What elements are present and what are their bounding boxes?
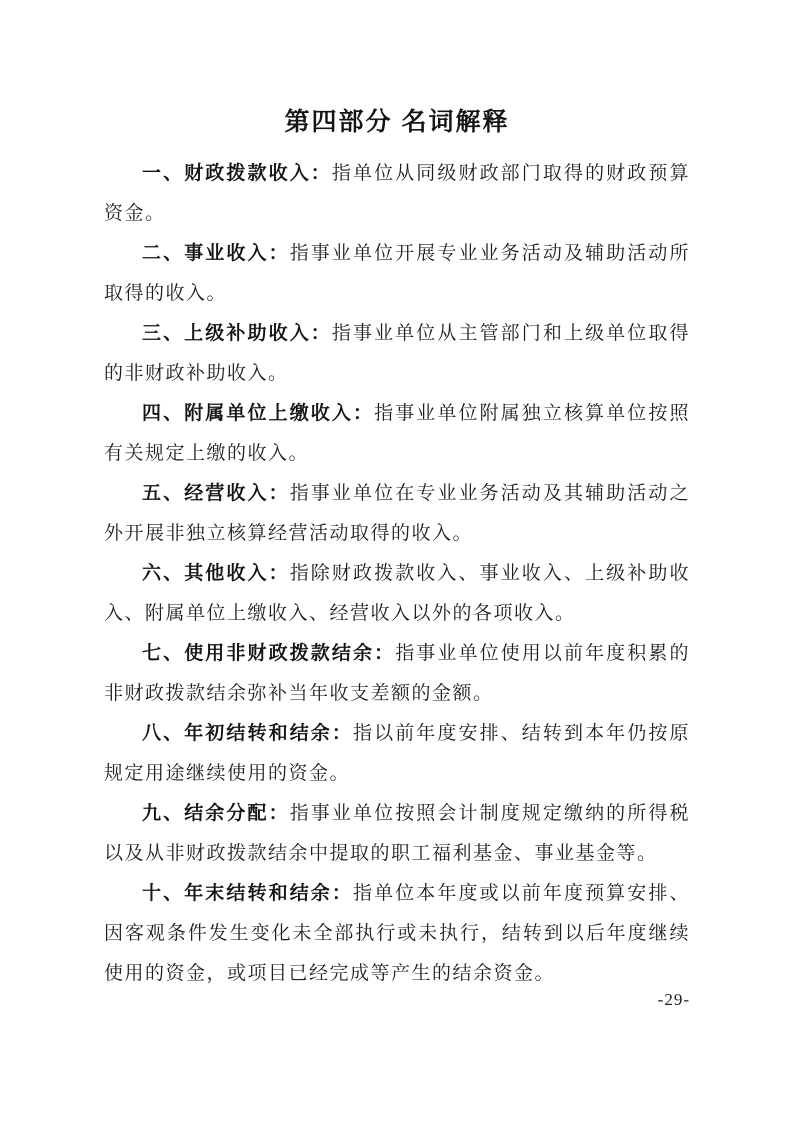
glossary-term: 六、其他收入： xyxy=(142,563,290,584)
glossary-term: 八、年初结转和结余： xyxy=(142,723,353,744)
glossary-term: 十、年末结转和结余： xyxy=(142,883,353,904)
glossary-term: 三、上级补助收入： xyxy=(142,323,332,344)
glossary-entry: 七、使用非财政拨款结余：指事业单位使用以前年度积累的非财政拨款结余弥补当年收支差… xyxy=(104,634,690,714)
glossary-entry: 二、事业收入：指事业单位开展专业业务活动及辅助活动所取得的收入。 xyxy=(104,234,690,314)
glossary-entry: 六、其他收入：指除财政拨款收入、事业收入、上级补助收入、附属单位上缴收入、经营收… xyxy=(104,554,690,634)
glossary-term: 一、财政拨款收入： xyxy=(142,163,332,184)
glossary-term: 二、事业收入： xyxy=(142,243,290,264)
document-body: 第四部分 名词解释 一、财政拨款收入：指单位从同级财政部门取得的财政预算资金。 … xyxy=(104,104,690,994)
glossary-term: 五、经营收入： xyxy=(142,483,290,504)
glossary-list: 一、财政拨款收入：指单位从同级财政部门取得的财政预算资金。 二、事业收入：指事业… xyxy=(104,154,690,994)
glossary-entry: 三、上级补助收入：指事业单位从主管部门和上级单位取得的非财政补助收入。 xyxy=(104,314,690,394)
document-page: 第四部分 名词解释 一、财政拨款收入：指单位从同级财政部门取得的财政预算资金。 … xyxy=(0,0,793,1122)
glossary-entry: 十、年末结转和结余：指单位本年度或以前年度预算安排、因客观条件发生变化未全部执行… xyxy=(104,874,690,994)
glossary-term: 七、使用非财政拨款结余： xyxy=(142,643,395,664)
glossary-entry: 八、年初结转和结余：指以前年度安排、结转到本年仍按原规定用途继续使用的资金。 xyxy=(104,714,690,794)
glossary-entry: 九、结余分配：指事业单位按照会计制度规定缴纳的所得税以及从非财政拨款结余中提取的… xyxy=(104,794,690,874)
glossary-term: 九、结余分配： xyxy=(142,803,290,824)
page-title: 第四部分 名词解释 xyxy=(104,104,690,140)
glossary-entry: 五、经营收入：指事业单位在专业业务活动及其辅助活动之外开展非独立核算经营活动取得… xyxy=(104,474,690,554)
glossary-entry: 一、财政拨款收入：指单位从同级财政部门取得的财政预算资金。 xyxy=(104,154,690,234)
glossary-term: 四、附属单位上缴收入： xyxy=(142,403,374,424)
page-number: -29- xyxy=(658,990,690,1010)
glossary-entry: 四、附属单位上缴收入：指事业单位附属独立核算单位按照有关规定上缴的收入。 xyxy=(104,394,690,474)
